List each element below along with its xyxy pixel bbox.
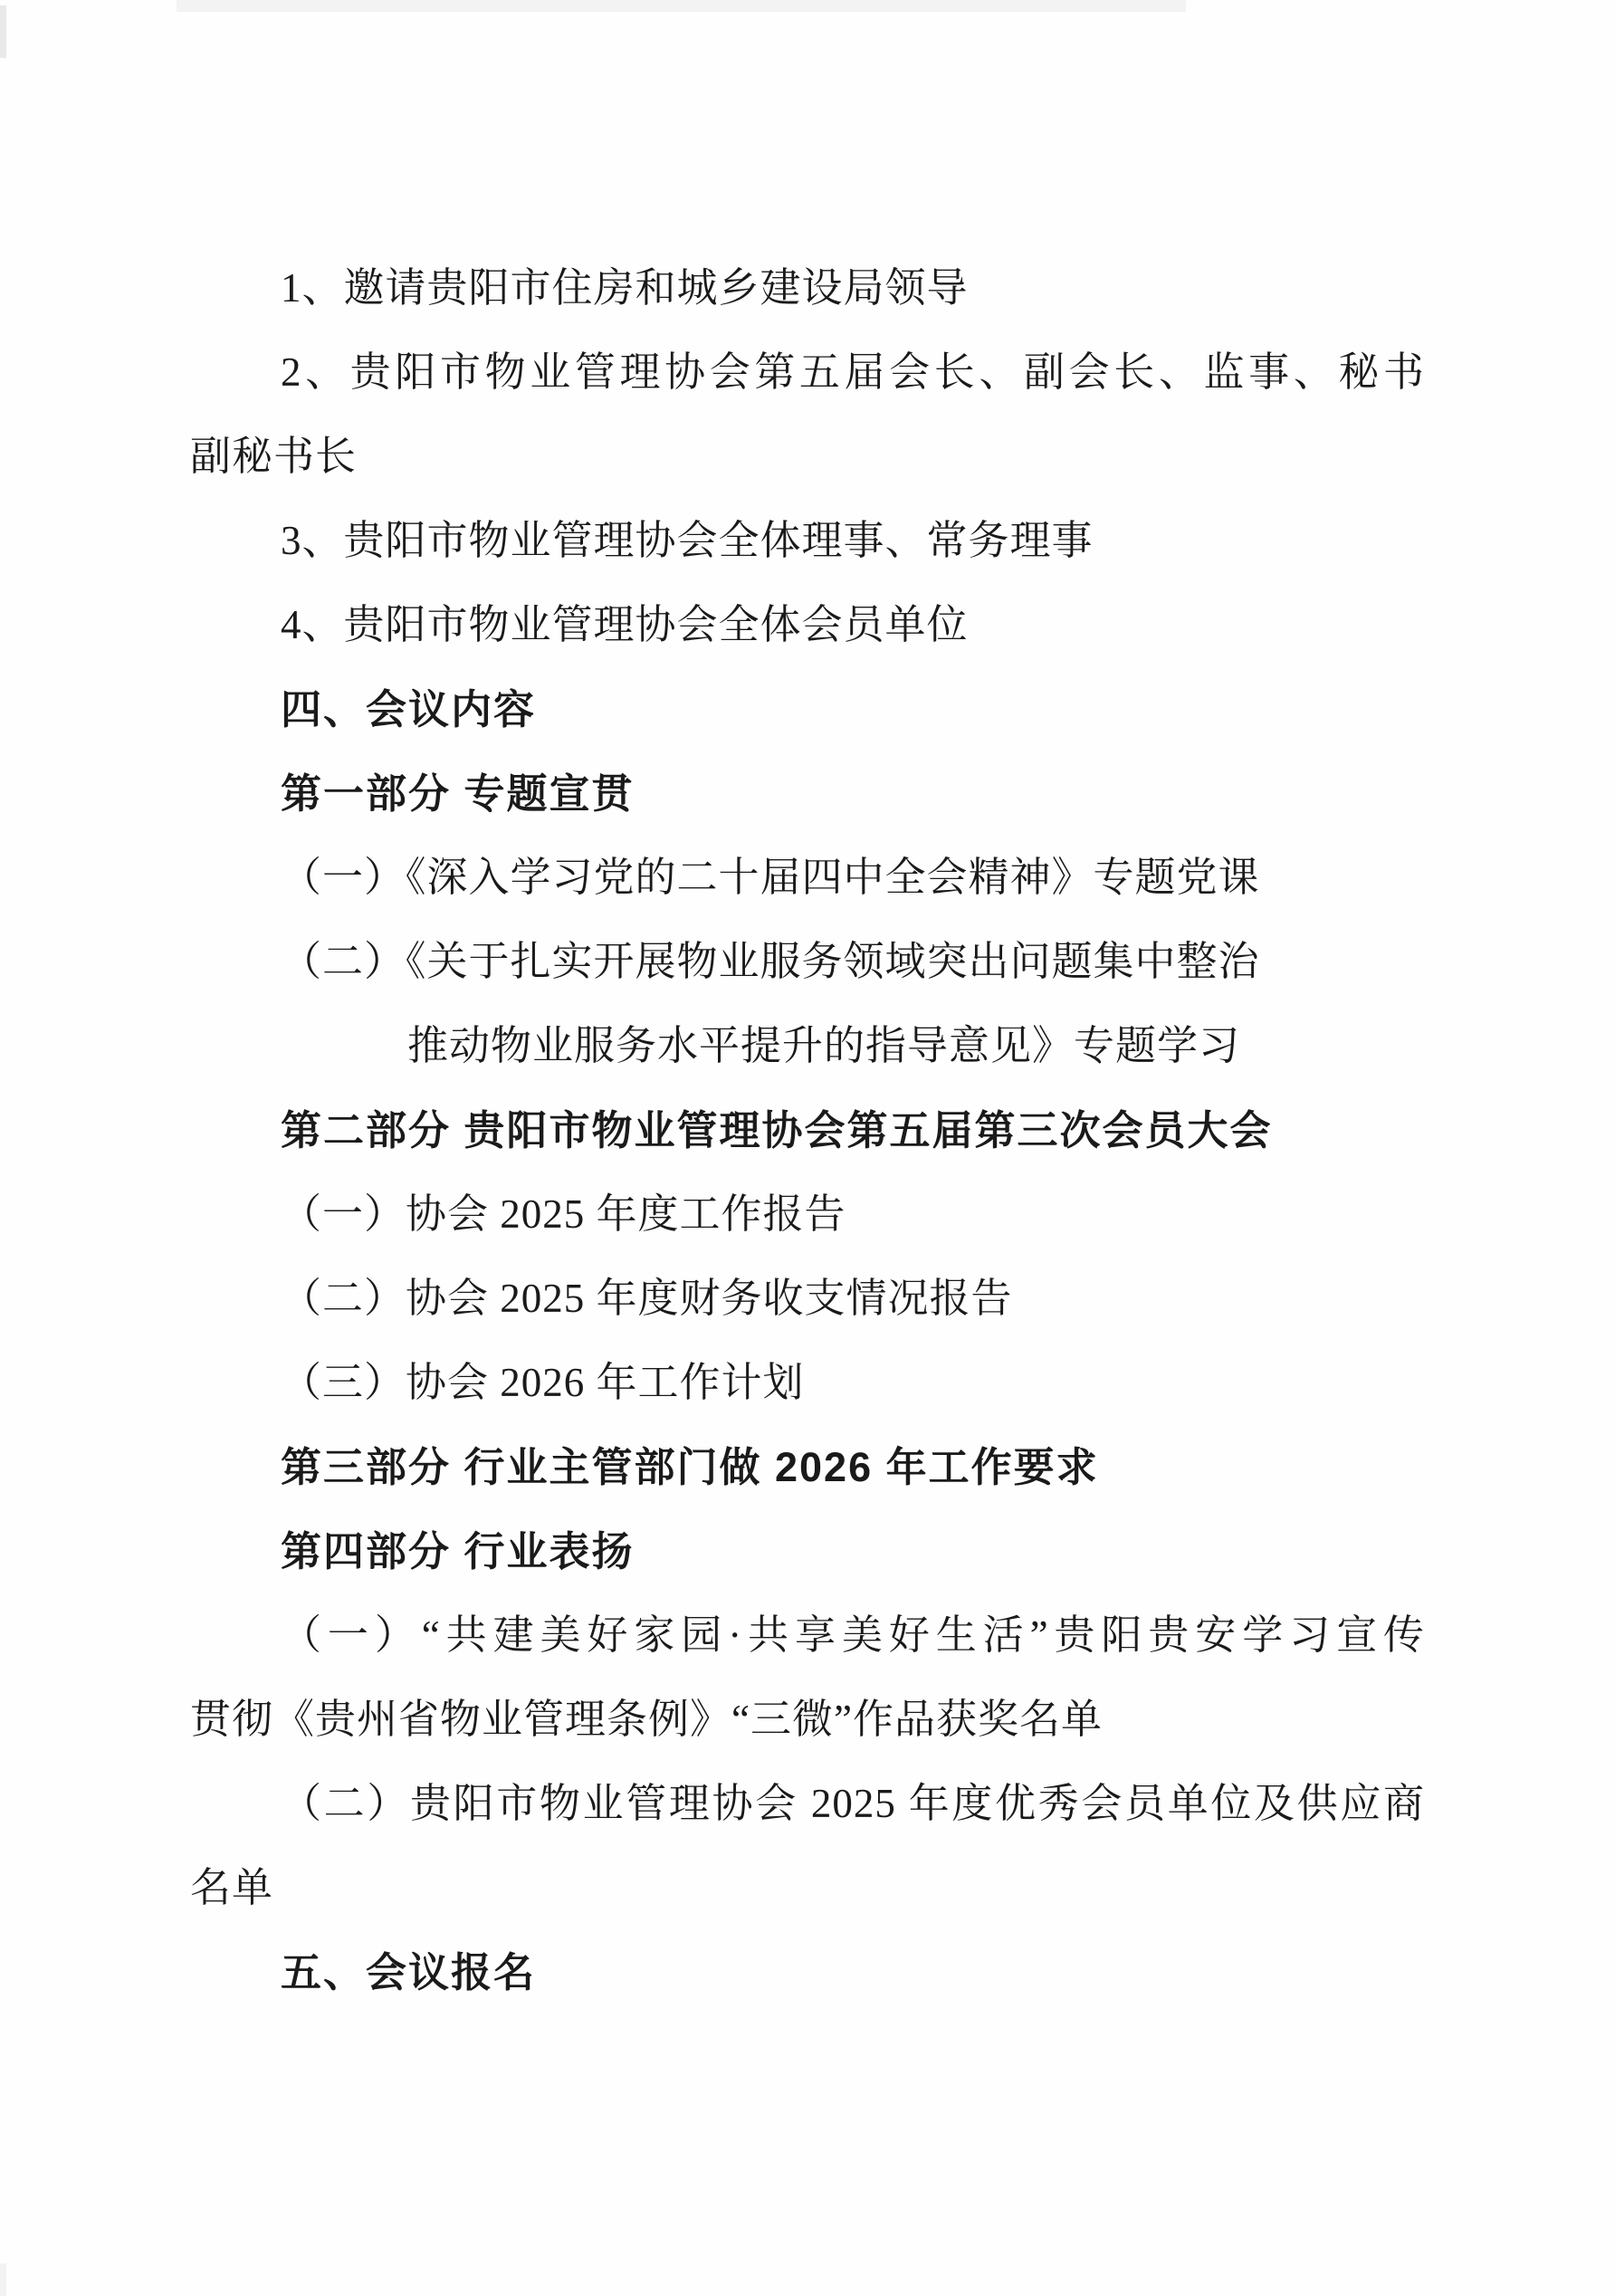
doc-heading-part-4: 第四部分 行业表扬 <box>190 1509 1425 1593</box>
doc-line-list-item-2: 2、贵阳市物业管理协会第五届会长、副会长、监事、秘书长、 <box>190 330 1425 415</box>
doc-line-part2-item-2: （二）协会 2025 年度财务收支情况报告 <box>190 1257 1425 1341</box>
scan-artifact-bottom-left <box>0 2263 6 2296</box>
doc-line-part1-item-1: （一）《深入学习党的二十届四中全会精神》专题党课 <box>190 836 1425 920</box>
doc-line-list-item-2-cont: 副秘书长 <box>190 415 1425 499</box>
doc-line-part2-item-3: （三）协会 2026 年工作计划 <box>190 1341 1425 1425</box>
scan-artifact-left-edge <box>0 5 6 58</box>
doc-heading-part-3: 第三部分 行业主管部门做 2026 年工作要求 <box>190 1425 1425 1509</box>
doc-line-list-item-4: 4、贵阳市物业管理协会全体会员单位 <box>190 583 1425 667</box>
doc-line-part1-item-2: （二）《关于扎实开展物业服务领域突出问题集中整治 <box>190 920 1425 1004</box>
doc-line-part4-item-1: （一）“共建美好家园·共享美好生活”贵阳贵安学习宣传 <box>190 1593 1425 1678</box>
doc-heading-part-1: 第一部分 专题宣贯 <box>190 751 1425 836</box>
doc-line-part2-item-1: （一）协会 2025 年度工作报告 <box>190 1172 1425 1257</box>
doc-line-part1-item-2-cont: 推动物业服务水平提升的指导意见》专题学习 <box>190 1004 1425 1088</box>
doc-heading-section-4: 四、会议内容 <box>190 667 1425 751</box>
document-page: 1、邀请贵阳市住房和城乡建设局领导 2、贵阳市物业管理协会第五届会长、副会长、监… <box>0 0 1615 2296</box>
doc-heading-section-5: 五、会议报名 <box>190 1930 1425 2014</box>
doc-line-list-item-1: 1、邀请贵阳市住房和城乡建设局领导 <box>190 246 1425 330</box>
doc-heading-part-2: 第二部分 贵阳市物业管理协会第五届第三次会员大会 <box>190 1088 1425 1172</box>
doc-line-part4-item-2-cont: 名单 <box>190 1846 1425 1930</box>
scan-artifact-top <box>177 0 1186 12</box>
doc-line-part4-item-2: （二）贵阳市物业管理协会 2025 年度优秀会员单位及供应商 <box>190 1762 1425 1846</box>
doc-line-part4-item-1-cont: 贯彻《贵州省物业管理条例》“三微”作品获奖名单 <box>190 1678 1425 1762</box>
doc-line-list-item-3: 3、贵阳市物业管理协会全体理事、常务理事 <box>190 499 1425 583</box>
